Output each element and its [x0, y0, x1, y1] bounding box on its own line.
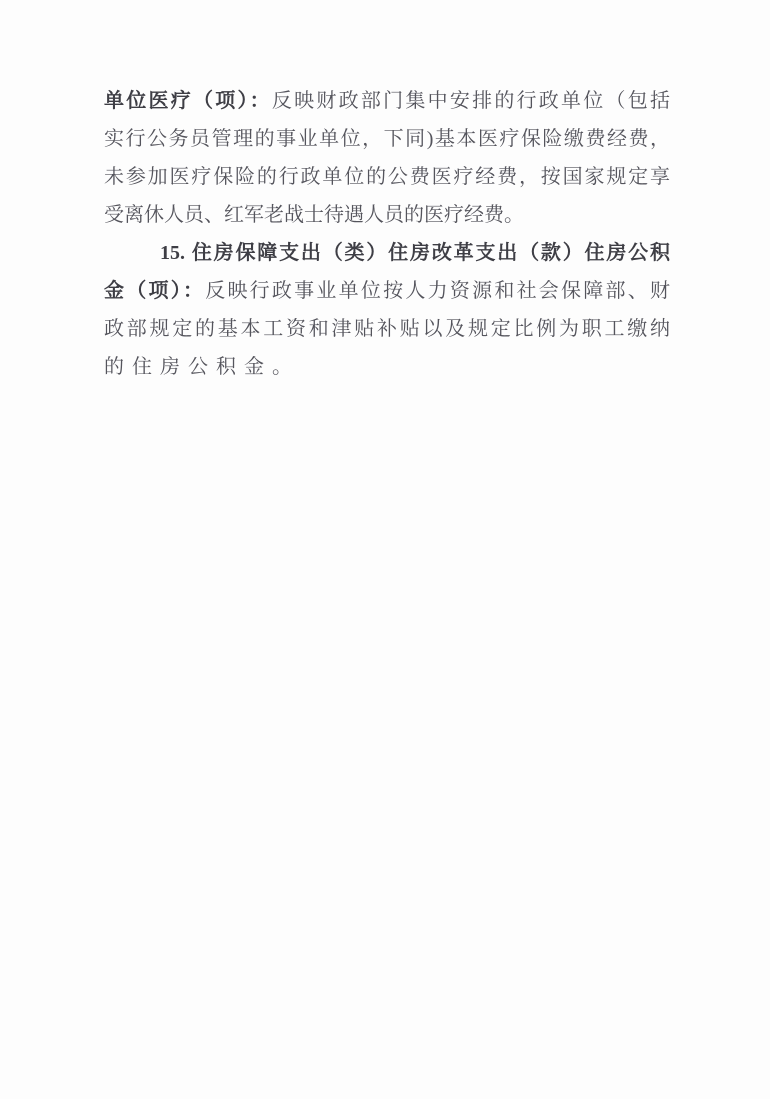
- paragraph2-body: 政部规定的基本工资和津贴补贴以及规定比例为职工缴纳: [104, 318, 670, 340]
- text-line-3: 未参加医疗保险的行政单位的公费医疗经费，按国家规定享: [104, 158, 670, 196]
- text-line-7: 政部规定的基本工资和津贴补贴以及规定比例为职工缴纳: [104, 310, 670, 348]
- paragraph1-body: 未参加医疗保险的行政单位的公费医疗经费，按国家规定享: [104, 166, 670, 188]
- document-page: 单位医疗（项）：反映财政部门集中安排的行政单位（包括 实行公务员管理的事业单位，…: [0, 0, 770, 1099]
- text-line-1: 单位医疗（项）：反映财政部门集中安排的行政单位（包括: [104, 82, 670, 120]
- paragraph2-body: 的住房公积金。: [104, 356, 300, 378]
- text-block: 单位医疗（项）：反映财政部门集中安排的行政单位（包括 实行公务员管理的事业单位，…: [104, 82, 670, 386]
- text-line-8: 的住房公积金。: [104, 348, 670, 386]
- paragraph2-heading: 15. 住房保障支出（类）住房改革支出（款）住房公积: [160, 242, 670, 264]
- text-line-4: 受离休人员、红军老战士待遇人员的医疗经费。: [104, 196, 670, 234]
- paragraph1-body: 受离休人员、红军老战士待遇人员的医疗经费。: [104, 204, 524, 226]
- paragraph2-heading: 金（项）：: [104, 280, 205, 302]
- paragraph2-body: 反映行政事业单位按人力资源和社会保障部、财: [205, 280, 670, 302]
- paragraph1-body: 实行公务员管理的事业单位，下同)基本医疗保险缴费经费，: [104, 128, 670, 150]
- text-line-2: 实行公务员管理的事业单位，下同)基本医疗保险缴费经费，: [104, 120, 670, 158]
- paragraph1-body: 反映财政部门集中安排的行政单位（包括: [272, 90, 670, 112]
- text-line-5: 15. 住房保障支出（类）住房改革支出（款）住房公积: [104, 234, 670, 272]
- paragraph1-heading: 单位医疗（项）：: [104, 90, 272, 112]
- text-line-6: 金（项）：反映行政事业单位按人力资源和社会保障部、财: [104, 272, 670, 310]
